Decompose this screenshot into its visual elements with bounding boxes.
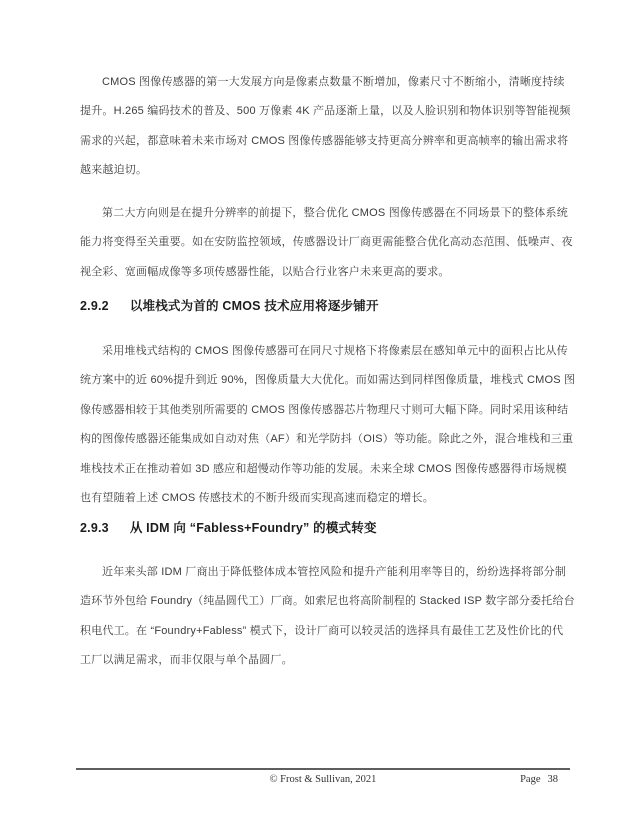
page-number-value: 38 [548,772,559,788]
paragraph-line: 也有望随着上述 CMOS 传感技术的不断升级而实现高速而稳定的增长。 [80,484,558,513]
paragraph-line: 需求的兴起，都意味着未来市场对 CMOS 图像传感器能够支持更高分辨率和更高帧率… [80,127,558,156]
section-title: 以堆栈式为首的 CMOS 技术应用将逐步铺开 [130,295,379,317]
section-number: 2.9.2 [80,295,109,317]
section-number: 2.9.3 [80,517,109,539]
paragraph-line: 近年来头部 IDM 厂商出于降低整体成本管控风险和提升产能利用率等目的，纷纷选择… [80,558,558,587]
paragraph-line: 提升。H.265 编码技术的普及、500 万像素 4K 产品逐渐上量，以及人脸识… [80,97,558,126]
paragraph-line: 统方案中的近 60%提升到近 90%，图像质量大大优化。而如需达到同样图像质量，… [80,366,558,395]
section-heading-293: 2.9.3 从 IDM 向 “Fabless+Foundry” 的模式转变 [80,517,558,539]
paragraph-line: 像传感器相较于其他类别所需要的 CMOS 图像传感器芯片物理尺寸则可大幅下降。同… [80,396,558,425]
paragraph-line: 能力将变得至关重要。如在安防监控领域，传感器设计厂商更需能整合优化高动态范围、低… [80,228,558,257]
section-heading-292: 2.9.2 以堆栈式为首的 CMOS 技术应用将逐步铺开 [80,295,558,317]
section-title: 从 IDM 向 “Fabless+Foundry” 的模式转变 [130,517,377,539]
paragraph-line: 工厂以满足需求，而非仅限与单个晶圆厂。 [80,646,558,675]
paragraph-line: 视全彩、宽画幅成像等多项传感器性能，以贴合行业客户未来更高的要求。 [80,258,558,287]
page-label: Page [520,772,540,788]
paragraph-line: 采用堆栈式结构的 CMOS 图像传感器可在同尺寸规格下将像素层在感知单元中的面积… [80,337,558,366]
paragraph-4: 近年来头部 IDM 厂商出于降低整体成本管控风险和提升产能利用率等目的，纷纷选择… [80,558,558,676]
paragraph-1: CMOS 图像传感器的第一大发展方向是像素点数量不断增加，像素尺寸不断缩小，清晰… [80,68,558,186]
paragraph-3: 采用堆栈式结构的 CMOS 图像传感器可在同尺寸规格下将像素层在感知单元中的面积… [80,337,558,513]
paragraph-line: 积电代工。在 “Foundry+Fabless” 模式下，设计厂商可以较灵活的选… [80,617,558,646]
paragraph-line: 堆栈技术正在推动着如 3D 感应和超慢动作等功能的发展。未来全球 CMOS 图像… [80,455,558,484]
paragraph-line: 第二大方向则是在提升分辨率的前提下，整合优化 CMOS 图像传感器在不同场景下的… [80,199,558,228]
paragraph-line: 构的图像传感器还能集成如自动对焦（AF）和光学防抖（OIS）等功能。除此之外，混… [80,425,558,454]
footer-divider [76,768,570,770]
document-page: CMOS 图像传感器的第一大发展方向是像素点数量不断增加，像素尺寸不断缩小，清晰… [0,0,640,828]
paragraph-2: 第二大方向则是在提升分辨率的前提下，整合优化 CMOS 图像传感器在不同场景下的… [80,199,558,287]
copyright-text: © Frost & Sullivan, 2021 [76,772,570,788]
page-number: Page 38 [520,772,558,788]
paragraph-line: CMOS 图像传感器的第一大发展方向是像素点数量不断增加，像素尺寸不断缩小，清晰… [80,68,558,97]
paragraph-line: 越来越迫切。 [80,156,558,185]
page-footer: © Frost & Sullivan, 2021 Page 38 [76,772,570,788]
paragraph-line: 造环节外包给 Foundry（纯晶圆代工）厂商。如索尼也将高阶制程的 Stack… [80,587,558,616]
